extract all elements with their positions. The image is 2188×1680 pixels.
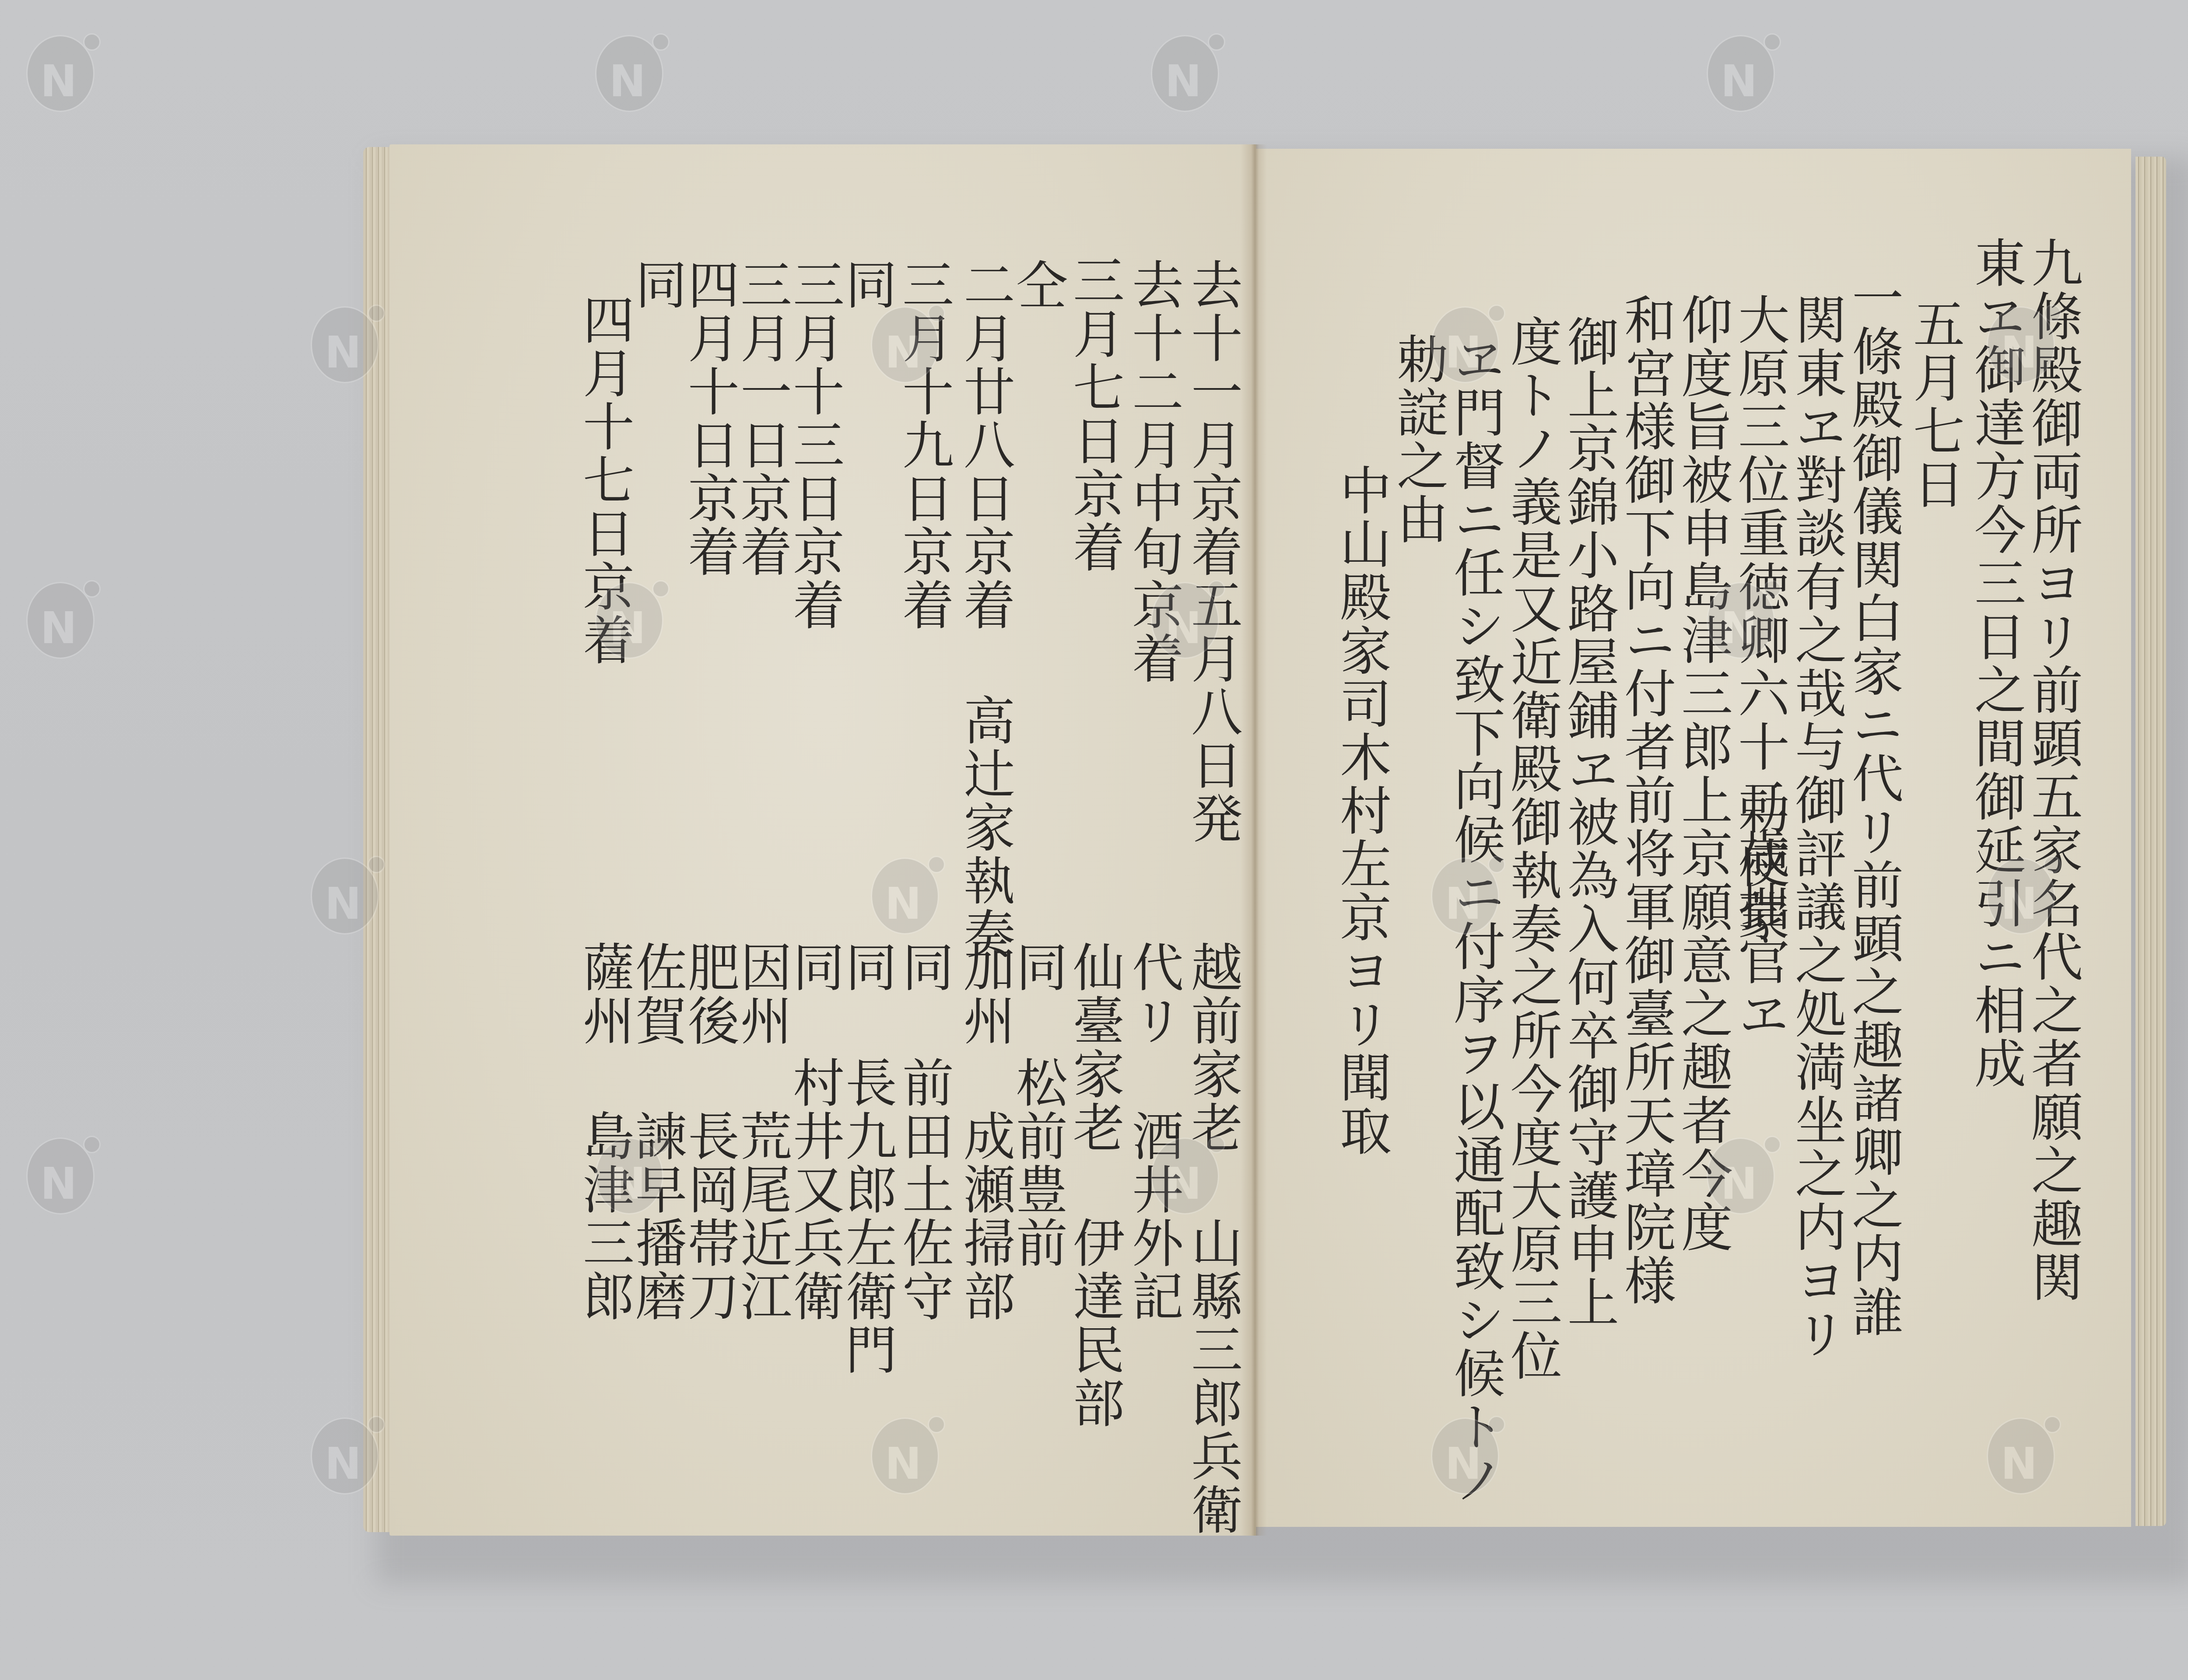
right-col-3: 五月七日 xyxy=(1909,297,1960,511)
right-col-11: 度トノ義是又近衛殿御執奏之所今度大原三位 xyxy=(1506,315,1558,1382)
watermark-logo-icon: N xyxy=(1138,17,1234,114)
watermark-logo-icon: N xyxy=(1694,17,1790,114)
left-bottom-col-3: 仙臺家老 伊達民部 xyxy=(1069,941,1120,1430)
left-top-col-2: 去十二月中旬京着 xyxy=(1128,258,1179,685)
left-top-col-12: 四月十七日京着 xyxy=(579,293,630,667)
open-book: 去十一月京着五月八日発 去十二月中旬京着 三月七日京着 仝 二月廿八日京着 高辻… xyxy=(363,144,2166,1536)
left-top-col-8: 三月十三日京着 xyxy=(789,258,840,632)
left-bottom-col-8: 同 村井又兵衛 xyxy=(789,941,840,1323)
right-col-14: 中山殿家司木村左京ヨリ聞取 xyxy=(1336,464,1387,1158)
right-col-10: 御上京錦小路屋鋪ヱ被為入何卒御守護申上 xyxy=(1563,315,1615,1329)
left-top-col-11: 同 xyxy=(631,258,683,311)
left-page: 去十一月京着五月八日発 去十二月中旬京着 三月七日京着 仝 二月廿八日京着 高辻… xyxy=(389,144,1256,1536)
right-col-1: 九條殿御両所ヨリ前顕五家名代之者願之趣関 xyxy=(2027,236,2079,1304)
right-col-8: 仰度旨被申島津三郎上京願意之趣者今度 xyxy=(1677,293,1729,1254)
watermark-logo-icon: N xyxy=(13,564,109,661)
left-top-col-6: 三月十九日京着 xyxy=(898,258,950,632)
watermark-logo-icon: N xyxy=(582,17,678,114)
book-gutter xyxy=(1241,144,1267,1536)
watermark-logo-icon: N xyxy=(13,1120,109,1216)
left-bottom-col-6: 同 前田土佐守 xyxy=(898,941,950,1323)
left-bottom-col-11: 佐賀 諫早播磨 xyxy=(631,941,683,1323)
left-bottom-col-10: 肥後 長岡帯刀 xyxy=(684,941,735,1323)
left-bottom-col-5: 加州 成瀬掃部 xyxy=(959,941,1011,1323)
left-bottom-col-12: 薩州 島津三郎 xyxy=(579,941,630,1323)
left-bottom-col-2: 代リ 酒井外記 xyxy=(1128,941,1179,1323)
left-top-col-9: 三月一日京着 xyxy=(736,258,788,578)
right-page-edges xyxy=(2135,157,2166,1526)
left-top-col-4: 仝 xyxy=(1012,258,1063,311)
left-top-col-7: 同 xyxy=(841,258,893,311)
left-bottom-col-7: 同 長九郎左衛門 xyxy=(841,941,893,1376)
right-col-5: 関東ヱ對談有之哉与御評議之処満坐之内ヨリ xyxy=(1791,293,1842,1361)
right-col-13: 勅諚之由 xyxy=(1392,332,1444,546)
right-col-7: 勅使蒙 xyxy=(1734,783,1785,943)
left-top-col-10: 四月十日京着 xyxy=(684,258,735,578)
left-bottom-col-4: 同 松前豊前 xyxy=(1012,941,1063,1270)
left-bottom-col-1: 越前家老 山縣三郎兵衛 xyxy=(1187,941,1238,1536)
right-col-2: 東ヱ御達方今三日之間御延引ニ相成 xyxy=(1970,236,2022,1090)
left-bottom-col-9: 因州 荒尾近江 xyxy=(736,941,788,1323)
left-top-col-3: 三月七日京着 xyxy=(1069,254,1120,574)
watermark-logo-icon: N xyxy=(13,17,109,114)
right-page: 九條殿御両所ヨリ前顕五家名代之者願之趣関 東ヱ御達方今三日之間御延引ニ相成 五月… xyxy=(1256,149,2131,1527)
right-col-12: ヱ門督ニ任シ致下向候ニ付序ヲ以通配致シ候トノ xyxy=(1449,332,1501,1507)
right-col-9: 和宮様御下向ニ付者前将軍御臺所天璋院様 xyxy=(1620,293,1672,1307)
right-col-4: 一條殿御儀関白家ニ代リ前顕之趣諸卿之内誰 xyxy=(1848,271,1899,1339)
left-top-col-1: 去十一月京着五月八日発 xyxy=(1187,258,1238,845)
left-top-col-5: 二月廿八日京着 高辻家執奏 xyxy=(959,258,1011,961)
